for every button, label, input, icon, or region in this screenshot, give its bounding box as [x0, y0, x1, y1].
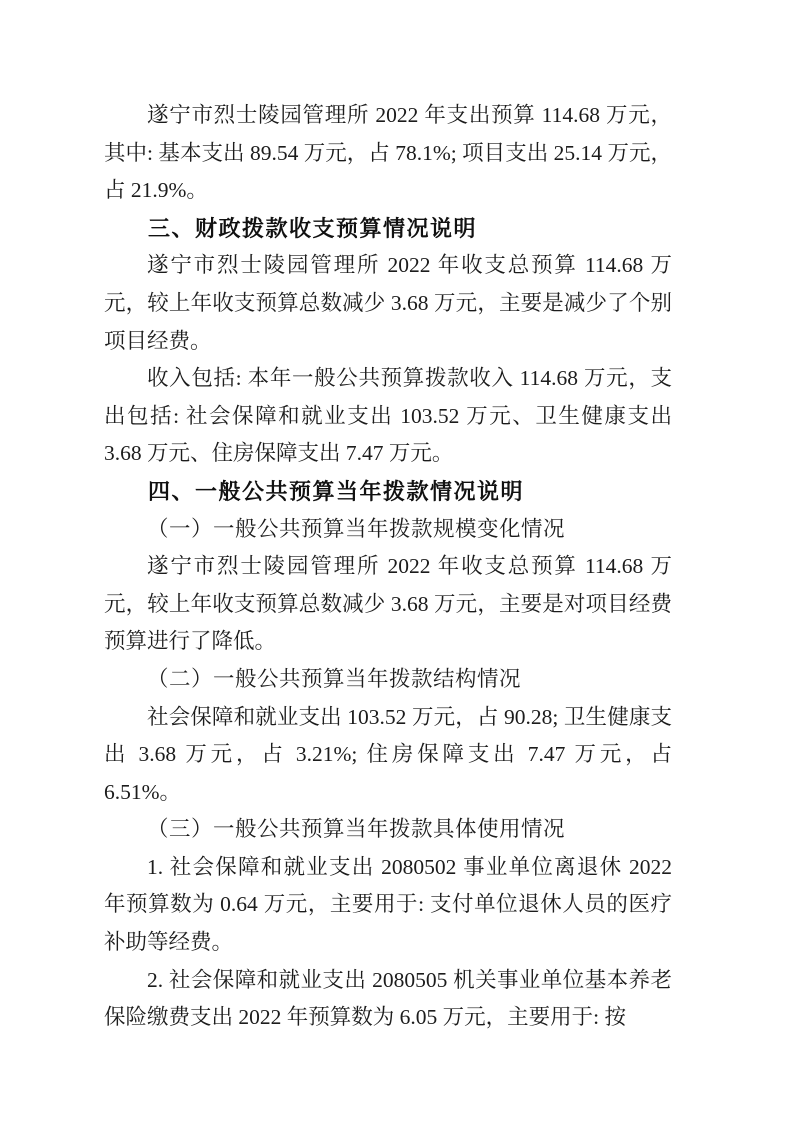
body-paragraph-expenditure-overview: 遂宁市烈士陵园管理所 2022 年支出预算 114.68 万元，其中: 基本支出…	[104, 97, 672, 210]
body-paragraph-income-breakdown: 收入包括: 本年一般公共预算拨款收入 114.68 万元，支出包括: 社会保障和…	[104, 360, 672, 473]
body-paragraph-item-1-retirement: 1. 社会保障和就业支出 2080502 事业单位离退休 2022 年预算数为 …	[104, 849, 672, 962]
body-paragraph-item-2-pension: 2. 社会保障和就业支出 2080505 机关事业单位基本养老保险缴费支出 20…	[104, 962, 672, 1037]
body-paragraph-scale-change-detail: 遂宁市烈士陵园管理所 2022 年收支总预算 114.68 万元，较上年收支预算…	[104, 548, 672, 661]
document-body: 遂宁市烈士陵园管理所 2022 年支出预算 114.68 万元，其中: 基本支出…	[104, 97, 672, 1037]
sub-heading-three-specific-usage: （三）一般公共预算当年拨款具体使用情况	[104, 811, 672, 849]
section-heading-three-fiscal-appropriation: 三、财政拨款收支预算情况说明	[104, 210, 672, 248]
body-paragraph-structure-detail: 社会保障和就业支出 103.52 万元，占 90.28; 卫生健康支出 3.68…	[104, 699, 672, 812]
sub-heading-one-scale-change: （一）一般公共预算当年拨款规模变化情况	[104, 511, 672, 549]
section-heading-four-public-budget: 四、一般公共预算当年拨款情况说明	[104, 473, 672, 511]
body-paragraph-total-budget: 遂宁市烈士陵园管理所 2022 年收支总预算 114.68 万元，较上年收支预算…	[104, 247, 672, 360]
sub-heading-two-structure: （二）一般公共预算当年拨款结构情况	[104, 661, 672, 699]
document-page: 遂宁市烈士陵园管理所 2022 年支出预算 114.68 万元，其中: 基本支出…	[0, 0, 793, 1122]
